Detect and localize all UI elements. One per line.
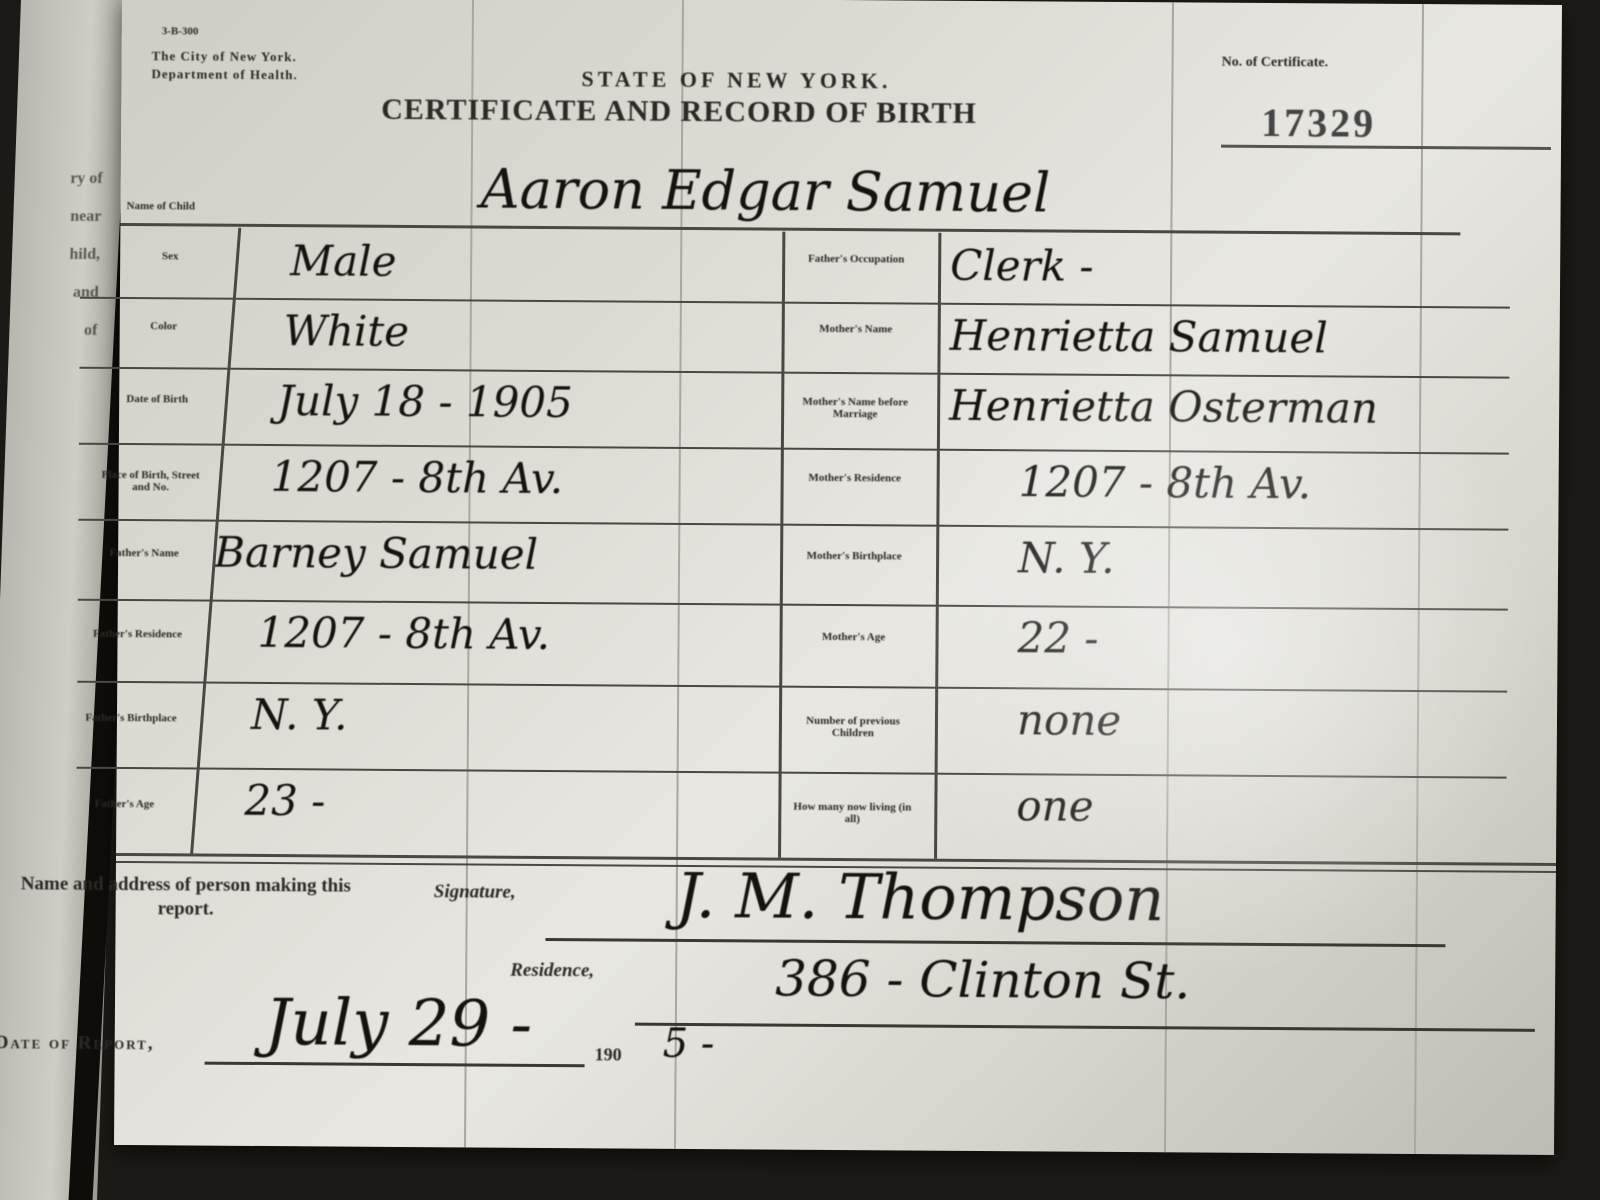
ledger-rule xyxy=(1414,4,1424,1154)
right-field-value: Clerk - xyxy=(950,241,1094,291)
right-field-value: one xyxy=(1016,781,1094,831)
state-heading: STATE OF NEW YORK. xyxy=(581,66,891,94)
right-field-label: Mother's Name xyxy=(796,323,916,336)
adjacent-page-fragment: and xyxy=(18,274,99,312)
date-of-report-value: July 29 - xyxy=(265,986,533,1062)
right-field-label: Mother's Name before Marriage xyxy=(795,396,915,421)
left-field-value: July 18 - 1905 xyxy=(277,376,573,427)
left-field-label: Father's Name xyxy=(94,547,194,560)
left-field-label: Color xyxy=(114,320,214,333)
signature-value: J. M. Thompson xyxy=(676,859,1165,935)
right-field-value: Henrietta Samuel xyxy=(950,311,1328,363)
left-field-value: N. Y. xyxy=(251,690,348,740)
right-field-label: Father's Occupation xyxy=(796,253,916,266)
form-number: 3-B-300 xyxy=(162,25,199,37)
left-field-value: Male xyxy=(290,236,397,286)
name-of-child-label: Name of Child xyxy=(127,200,196,212)
birth-certificate: 3-B-300 The City of New York. Department… xyxy=(114,0,1562,1155)
residence-label: Residence, xyxy=(510,960,594,983)
residence-line xyxy=(635,1023,1535,1032)
right-field-value: 22 - xyxy=(1017,613,1098,663)
left-field-label: Place of Birth, Street and No. xyxy=(101,469,201,494)
left-field-label: Father's Birthplace xyxy=(81,712,181,725)
adjacent-page-text: ry ofnearhild,andof xyxy=(17,160,104,350)
right-field-value: N. Y. xyxy=(1018,533,1115,583)
adjacent-page-fragment: of xyxy=(17,312,98,350)
left-field-value: 23 - xyxy=(244,776,325,826)
adjacent-page-fragment: hild, xyxy=(19,236,100,274)
right-field-label: Mother's Birthplace xyxy=(794,550,914,563)
right-field-label: How many now living (in all) xyxy=(792,801,912,826)
divider xyxy=(120,223,1460,235)
left-field-label: Father's Age xyxy=(74,798,174,811)
certificate-number-underline xyxy=(1221,145,1551,150)
left-field-label: Date of Birth xyxy=(107,393,207,406)
left-field-value: White xyxy=(284,306,410,356)
right-field-value: 1207 - 8th Av. xyxy=(1018,457,1311,508)
right-field-label: Number of previous Children xyxy=(793,715,913,740)
left-field-value: 1207 - 8th Av. xyxy=(257,608,550,659)
right-field-value: Henrietta Osterman xyxy=(949,381,1378,433)
signature-label: Signature, xyxy=(434,881,516,904)
date-of-report-label: Date of Report, xyxy=(0,1032,155,1055)
signature-line xyxy=(545,938,1445,947)
left-field-label: Father's Residence xyxy=(88,628,188,641)
adjacent-page-fragment: near xyxy=(21,198,102,236)
right-field-value: none xyxy=(1017,695,1122,745)
department-line: The City of New York. xyxy=(152,47,298,66)
department-line: Department of Health. xyxy=(151,65,297,84)
certificate-number-label: No. of Certificate. xyxy=(1222,55,1329,72)
date-line xyxy=(205,1062,585,1068)
column-divider xyxy=(934,233,941,859)
department-heading: The City of New York. Department of Heal… xyxy=(151,47,298,84)
left-field-label: Sex xyxy=(120,250,220,263)
report-person-label: Name and address of person making this r… xyxy=(6,872,366,923)
right-field-label: Mother's Age xyxy=(794,631,914,644)
residence-value: 386 - Clinton St. xyxy=(775,950,1190,1011)
adjacent-page-fragment: ry of xyxy=(22,160,103,198)
left-field-value: 1207 - 8th Av. xyxy=(271,452,564,503)
fields-grid: SexMaleColorWhiteDate of BirthJuly 18 - … xyxy=(122,0,1562,5)
right-field-label: Mother's Residence xyxy=(795,472,915,485)
certificate-number: 17329 xyxy=(1261,99,1376,147)
column-divider xyxy=(778,232,785,858)
certificate-title: CERTIFICATE AND RECORD OF BIRTH xyxy=(381,93,977,131)
year-suffix: 5 - xyxy=(663,1021,715,1067)
left-field-value: Barney Samuel xyxy=(214,528,538,579)
year-prefix: 190 xyxy=(595,1044,622,1065)
name-of-child-value: Aaron Edgar Samuel xyxy=(480,157,1050,224)
